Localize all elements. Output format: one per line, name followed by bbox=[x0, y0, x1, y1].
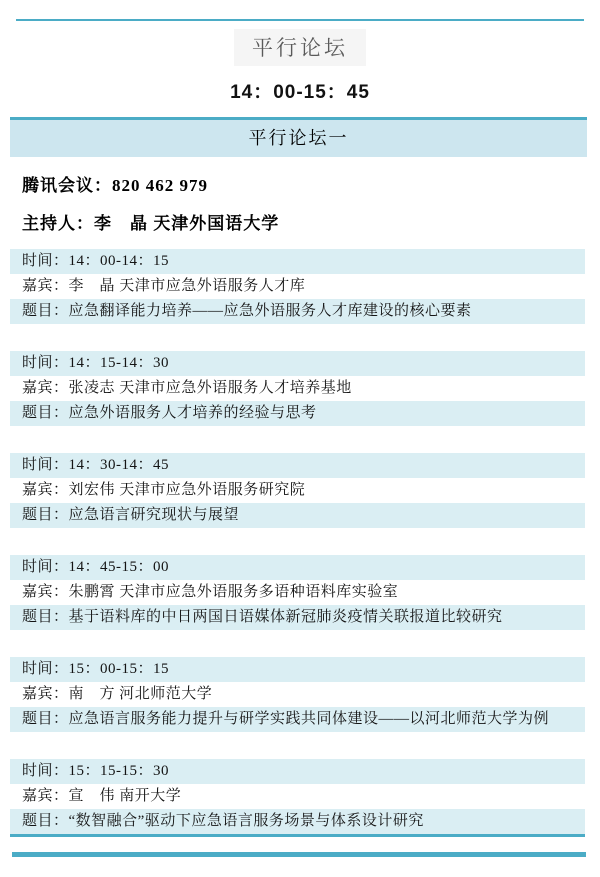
session-block: 时间：14：45-15：00 嘉宾：朱鹏霄 天津市应急外语服务多语种语料库实验室… bbox=[10, 555, 585, 630]
session-guest-row: 嘉宾：宣 伟 南开大学 bbox=[10, 784, 585, 809]
top-divider bbox=[16, 19, 584, 21]
topic-label: 题目： bbox=[22, 405, 69, 421]
topic-label: 题目： bbox=[22, 507, 69, 523]
meeting-info-line: 腾讯会议：820 462 979 bbox=[22, 171, 600, 196]
session-topic-row: 题目：应急语言服务能力提升与研学实践共同体建设——以河北师范大学为例 bbox=[10, 707, 585, 732]
guest-value: 李 晶 天津市应急外语服务人才库 bbox=[69, 278, 306, 294]
guest-label: 嘉宾： bbox=[22, 482, 69, 498]
forum-banner: 平行论坛一 bbox=[10, 117, 587, 157]
session-topic-row: 题目：应急翻译能力培养——应急外语服务人才库建设的核心要素 bbox=[10, 299, 585, 324]
session-guest-row: 嘉宾：张凌志 天津市应急外语服务人才培养基地 bbox=[10, 376, 585, 401]
session-guest-row: 嘉宾：南 方 河北师范大学 bbox=[10, 682, 585, 707]
page-title: 平行论坛 bbox=[0, 29, 600, 66]
host-info-line: 主持人：李 晶 天津外国语大学 bbox=[22, 209, 600, 234]
host-value: 李 晶 天津外国语大学 bbox=[94, 214, 279, 233]
guest-label: 嘉宾： bbox=[22, 686, 69, 702]
session-topic-row: 题目：基于语料库的中日两国日语媒体新冠肺炎疫情关联报道比较研究 bbox=[10, 605, 585, 630]
session-guest-row: 嘉宾：刘宏伟 天津市应急外语服务研究院 bbox=[10, 478, 585, 503]
time-value: 14：45-15：00 bbox=[69, 559, 170, 575]
time-label: 时间： bbox=[22, 559, 69, 575]
session-time-row: 时间：14：15-14：30 bbox=[10, 351, 585, 376]
topic-value: 应急外语服务人才培养的经验与思考 bbox=[69, 405, 317, 421]
session-list: 时间：14：00-14：15 嘉宾：李 晶 天津市应急外语服务人才库 题目：应急… bbox=[0, 249, 600, 837]
forum-meta: 腾讯会议：820 462 979 主持人：李 晶 天津外国语大学 bbox=[0, 171, 600, 234]
topic-label: 题目： bbox=[22, 813, 69, 829]
time-label: 时间： bbox=[22, 253, 69, 269]
guest-value: 朱鹏霄 天津市应急外语服务多语种语料库实验室 bbox=[69, 584, 399, 600]
time-value: 15：00-15：15 bbox=[69, 661, 170, 677]
session-topic-row: 题目：应急语言研究现状与展望 bbox=[10, 503, 585, 528]
session-time-row: 时间：14：45-15：00 bbox=[10, 555, 585, 580]
session-block: 时间：14：00-14：15 嘉宾：李 晶 天津市应急外语服务人才库 题目：应急… bbox=[10, 249, 585, 324]
time-value: 15：15-15：30 bbox=[69, 763, 170, 779]
guest-label: 嘉宾： bbox=[22, 584, 69, 600]
time-value: 14：30-14：45 bbox=[69, 457, 170, 473]
forum-time-range: 14：00-15：45 bbox=[0, 77, 600, 104]
topic-label: 题目： bbox=[22, 609, 69, 625]
guest-label: 嘉宾： bbox=[22, 278, 69, 294]
session-block: 时间：14：30-14：45 嘉宾：刘宏伟 天津市应急外语服务研究院 题目：应急… bbox=[10, 453, 585, 528]
guest-value: 宣 伟 南开大学 bbox=[69, 788, 182, 804]
guest-label: 嘉宾： bbox=[22, 380, 69, 396]
topic-label: 题目： bbox=[22, 711, 69, 727]
session-block: 时间：15：15-15：30 嘉宾：宣 伟 南开大学 题目：“数智融合”驱动下应… bbox=[10, 759, 585, 837]
topic-value: 基于语料库的中日两国日语媒体新冠肺炎疫情关联报道比较研究 bbox=[69, 609, 503, 625]
session-guest-row: 嘉宾：朱鹏霄 天津市应急外语服务多语种语料库实验室 bbox=[10, 580, 585, 605]
time-value: 14：15-14：30 bbox=[69, 355, 170, 371]
topic-value: 应急翻译能力培养——应急外语服务人才库建设的核心要素 bbox=[69, 303, 472, 319]
session-block: 时间：15：00-15：15 嘉宾：南 方 河北师范大学 题目：应急语言服务能力… bbox=[10, 657, 585, 732]
bottom-divider bbox=[12, 852, 586, 857]
session-time-row: 时间：15：00-15：15 bbox=[10, 657, 585, 682]
session-block: 时间：14：15-14：30 嘉宾：张凌志 天津市应急外语服务人才培养基地 题目… bbox=[10, 351, 585, 426]
session-topic-row: 题目：应急外语服务人才培养的经验与思考 bbox=[10, 401, 585, 426]
document-page: 平行论坛 14：00-15：45 平行论坛一 腾讯会议：820 462 979 … bbox=[0, 0, 600, 877]
topic-label: 题目： bbox=[22, 303, 69, 319]
host-label: 主持人： bbox=[22, 214, 94, 233]
forum-banner-title: 平行论坛一 bbox=[249, 128, 349, 148]
guest-value: 张凌志 天津市应急外语服务人才培养基地 bbox=[69, 380, 352, 396]
guest-label: 嘉宾： bbox=[22, 788, 69, 804]
session-time-row: 时间：15：15-15：30 bbox=[10, 759, 585, 784]
session-topic-row: 题目：“数智融合”驱动下应急语言服务场景与体系设计研究 bbox=[10, 809, 585, 837]
time-value: 14：00-14：15 bbox=[69, 253, 170, 269]
time-label: 时间： bbox=[22, 661, 69, 677]
time-label: 时间： bbox=[22, 457, 69, 473]
meeting-label: 腾讯会议： bbox=[22, 176, 112, 195]
guest-value: 刘宏伟 天津市应急外语服务研究院 bbox=[69, 482, 306, 498]
topic-value: “数智融合”驱动下应急语言服务场景与体系设计研究 bbox=[69, 813, 424, 829]
session-time-row: 时间：14：30-14：45 bbox=[10, 453, 585, 478]
time-label: 时间： bbox=[22, 355, 69, 371]
session-guest-row: 嘉宾：李 晶 天津市应急外语服务人才库 bbox=[10, 274, 585, 299]
topic-value: 应急语言研究现状与展望 bbox=[69, 507, 240, 523]
guest-value: 南 方 河北师范大学 bbox=[69, 686, 213, 702]
meeting-id: 820 462 979 bbox=[112, 176, 208, 195]
topic-value: 应急语言服务能力提升与研学实践共同体建设——以河北师范大学为例 bbox=[69, 711, 550, 727]
session-time-row: 时间：14：00-14：15 bbox=[10, 249, 585, 274]
time-label: 时间： bbox=[22, 763, 69, 779]
page-title-text: 平行论坛 bbox=[234, 29, 366, 66]
